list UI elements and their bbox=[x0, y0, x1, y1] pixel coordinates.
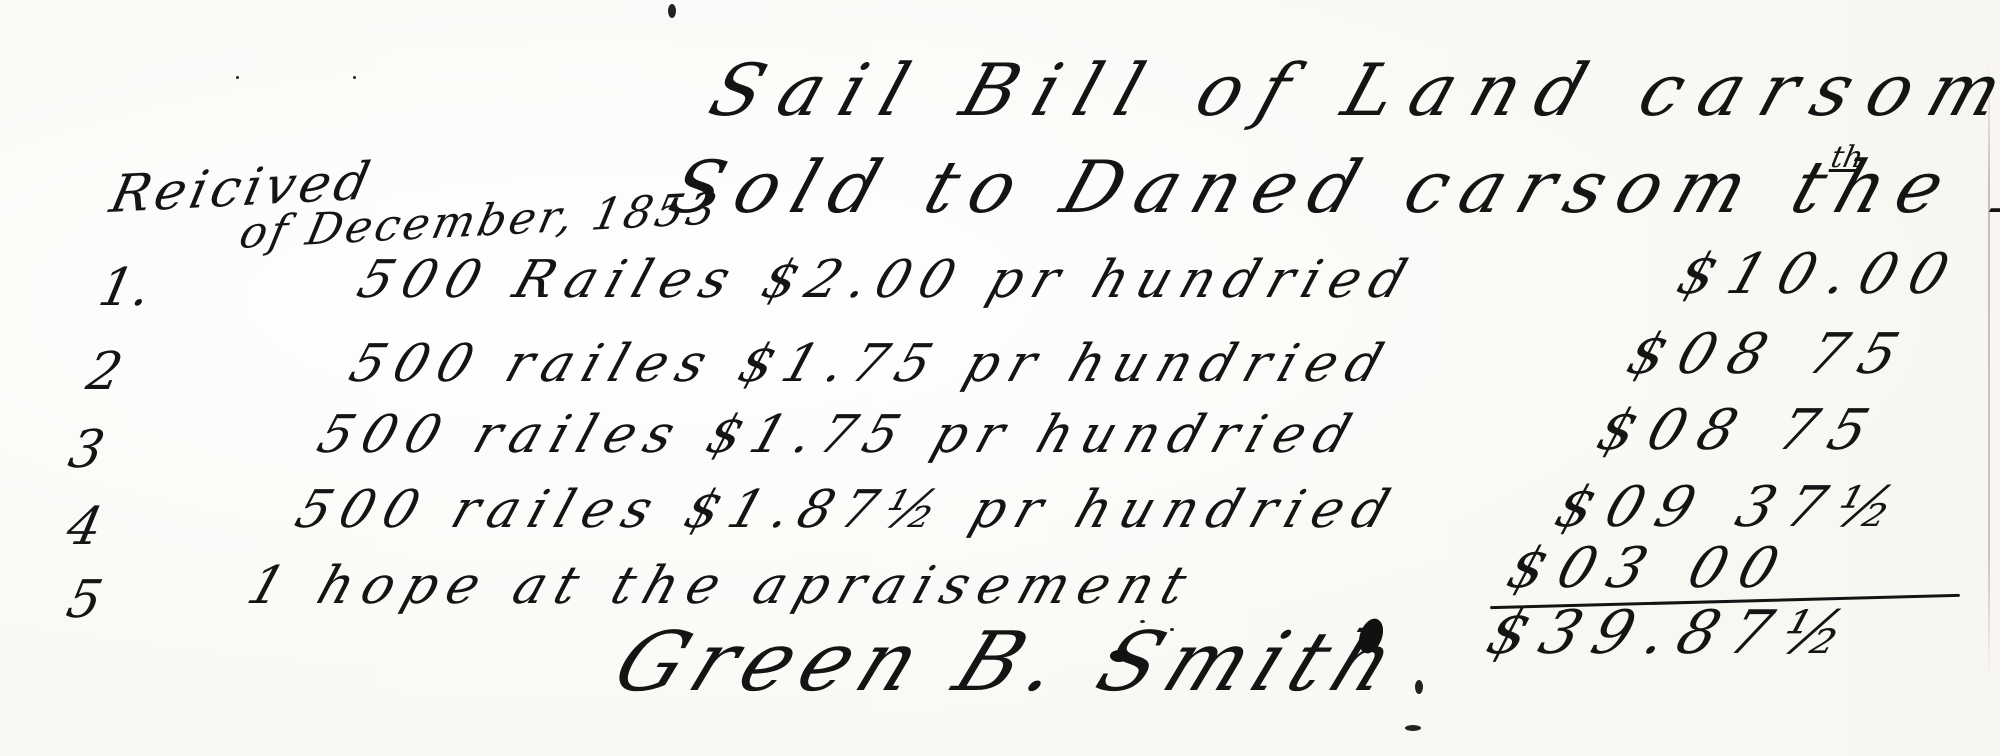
item-number: 2 bbox=[82, 342, 128, 402]
item-description: 500 Railes $2.00 pr hundried bbox=[350, 250, 1423, 310]
item-amount: $09 37½ bbox=[1547, 475, 1916, 540]
ink-blot bbox=[1110, 650, 1128, 662]
ink-speck bbox=[1140, 620, 1145, 623]
line-item: 2 500 railes $1.75 pr hundried $08 75 bbox=[0, 322, 2000, 402]
line-item: 1. 500 Railes $2.00 pr hundried $10.00 bbox=[0, 250, 2000, 330]
ink-speck bbox=[1415, 680, 1423, 694]
ink-speck bbox=[236, 76, 239, 79]
ink-speck bbox=[668, 4, 676, 18]
item-description: 500 railes $1.87½ pr hundried bbox=[288, 480, 1406, 540]
signature: Green B. Smith bbox=[601, 615, 1418, 710]
item-amount: $03 00 bbox=[1499, 536, 1800, 601]
item-amount: $08 75 bbox=[1589, 398, 1890, 463]
handwritten-bill-page: Sail Bill of Land carsom Sold to Daned c… bbox=[0, 0, 2000, 756]
line-item: 3 500 railes $1.75 pr hundried $08 75 bbox=[0, 400, 2000, 480]
bill-total: $39.87½ bbox=[1479, 598, 1868, 668]
bill-subtitle: Sold to Daned carsom the 15 bbox=[660, 145, 2000, 229]
item-description: 500 railes $1.75 pr hundried bbox=[310, 405, 1368, 465]
item-description: 1 hope at the apraisement bbox=[240, 556, 1203, 616]
ink-speck bbox=[1170, 628, 1174, 631]
item-description: 500 railes $1.75 pr hundried bbox=[342, 334, 1400, 394]
item-number: 5 bbox=[62, 570, 108, 630]
item-amount: $10.00 bbox=[1669, 242, 1970, 307]
ink-speck bbox=[1405, 725, 1421, 731]
ink-speck bbox=[353, 76, 356, 79]
item-number: 3 bbox=[64, 420, 110, 480]
item-amount: $08 75 bbox=[1619, 322, 1920, 387]
item-number: 1. bbox=[94, 258, 156, 318]
bill-title: Sail Bill of Land carsom bbox=[700, 48, 2000, 132]
